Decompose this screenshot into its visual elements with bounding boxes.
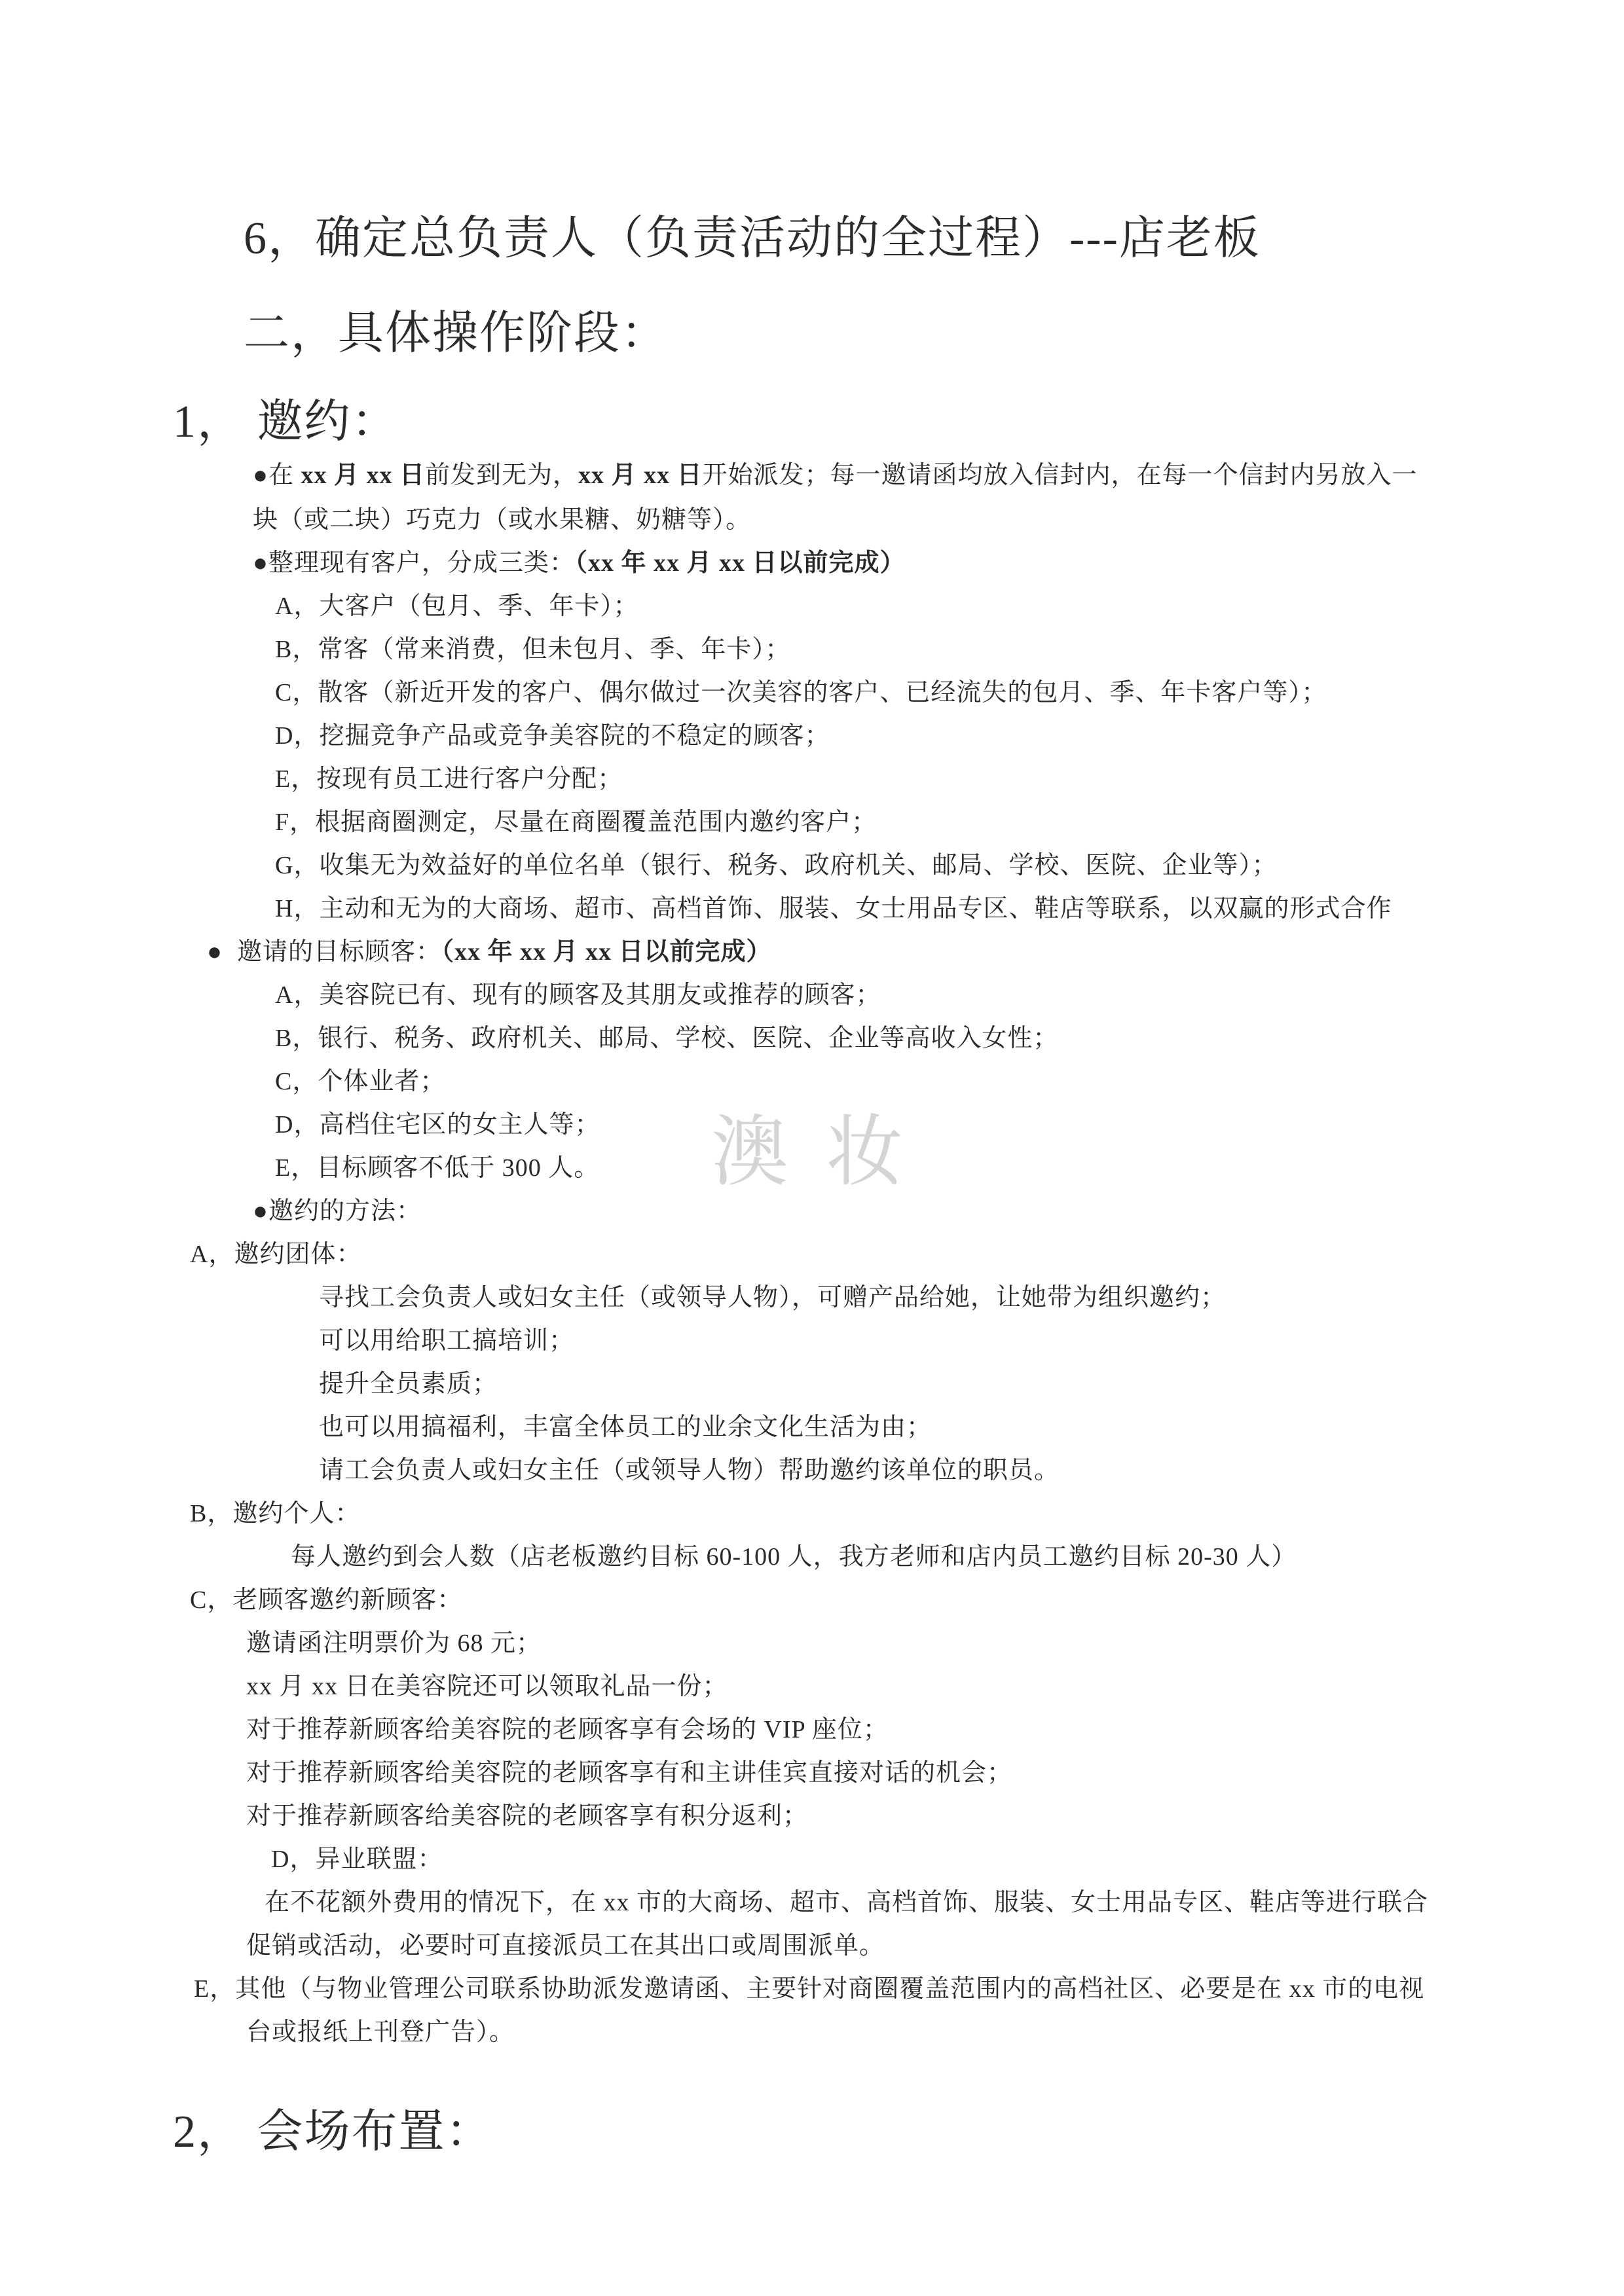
scanned-document-page: 澳 妆 6，确定总负责人（负责活动的全过程）---店老板 二，具体操作阶段： 1… [0, 0, 1624, 2296]
list-item: B，银行、税务、政府机关、邮局、学校、医院、企业等高收入女性； [275, 1024, 1058, 1053]
list-item: D，高档住宅区的女主人等； [275, 1110, 600, 1140]
bullet-icon: ● [253, 462, 268, 489]
method-d-line: 促销或活动，必要时可直接派员工在其出口或周围派单。 [246, 1931, 885, 1961]
method-a-line: 可以用给职工搞培训； [319, 1326, 574, 1356]
method-c-line: xx 月 xx 日在美容院还可以领取礼品一份； [246, 1672, 728, 1702]
method-c-line: 对于推荐新顾客给美容院的老顾客享有积分返利； [246, 1802, 808, 1831]
bullet-line-send-invitations-wrap: 块（或二块）巧克力（或水果糖、奶糖等）。 [253, 505, 751, 535]
deadline-note: （xx 年 xx 月 xx 日以前完成） [441, 938, 772, 966]
list-item: F，根据商圈测定，尽量在商圈覆盖范围内邀约客户； [275, 808, 877, 837]
method-d-line: 在不花额外费用的情况下，在 xx 市的大商场、超市、高档首饰、服装、女士用品专区… [265, 1888, 1428, 1918]
method-b-title: B，邀约个人： [190, 1499, 360, 1529]
method-a-line: 请工会负责人或妇女主任（或领导人物）帮助邀约该单位的职员。 [319, 1456, 1060, 1485]
method-d-title: D，异业联盟： [271, 1845, 443, 1874]
bullet-line-send-invitations: ●在 xx 月 xx 日前发到无为，xx 月 xx 日开始派发；每一邀请函均放入… [253, 461, 1418, 490]
method-a-line: 也可以用搞福利，丰富全体员工的业余文化生活为由； [319, 1413, 932, 1442]
list-item: H，主动和无为的大商场、超市、高档首饰、服装、女士用品专区、鞋店等联系，以双赢的… [275, 894, 1392, 924]
deadline-note: （xx 年 xx 月 xx 日以前完成） [575, 549, 906, 577]
heading-responsible: 6，确定总负责人（负责活动的全过程）---店老板 [244, 213, 1261, 264]
method-c-line: 对于推荐新顾客给美容院的老顾客享有会场的 VIP 座位； [246, 1715, 889, 1745]
date-placeholder: xx 月 xx 日 [301, 462, 425, 489]
list-item: C，个体业者； [275, 1067, 445, 1097]
list-item: C，散客（新近开发的客户、偶尔做过一次美容的客户、已经流失的包月、季、年卡客户等… [275, 678, 1327, 708]
method-e-line: 台或报纸上刊登广告）。 [246, 2018, 515, 2047]
bullet-line-invite-methods: ●邀约的方法： [253, 1197, 422, 1226]
list-item: D，挖掘竞争产品或竞争美容院的不稳定的顾客； [275, 721, 830, 751]
bullet-line-target-customers: ●邀请的目标顾客：（xx 年 xx 月 xx 日以前完成） [207, 938, 771, 967]
list-item: E，目标顾客不低于 300 人。 [275, 1154, 599, 1183]
list-item: E，按现有员工进行客户分配； [275, 765, 623, 794]
method-c-line: 对于推荐新顾客给美容院的老顾客享有和主讲佳宾直接对话的机会； [246, 1758, 1012, 1788]
method-c-title: C，老顾客邀约新顾客： [190, 1586, 462, 1615]
bullet-icon: ● [253, 549, 268, 577]
list-item: A，美容院已有、现有的顾客及其朋友或推荐的顾客； [275, 981, 881, 1010]
date-placeholder: xx 月 xx 日 [578, 462, 703, 489]
method-a-line: 寻找工会负责人或妇女主任（或领导人物），可赠产品给她，让她带为组织邀约； [319, 1283, 1226, 1313]
heading-invite: 1， 邀约： [173, 397, 399, 447]
list-item: B，常客（常来消费，但未包月、季、年卡）； [275, 635, 790, 665]
method-c-line: 邀请函注明票价为 68 元； [246, 1629, 542, 1658]
list-item: A，大客户（包月、季、年卡）； [275, 592, 638, 621]
heading-venue: 2， 会场布置： [173, 2107, 493, 2157]
method-a-title: A，邀约团体： [190, 1240, 361, 1269]
heading-stage: 二，具体操作阶段： [244, 308, 668, 359]
bullet-line-sort-customers: ●整理现有客户，分成三类：（xx 年 xx 月 xx 日以前完成） [253, 549, 905, 578]
method-a-line: 提升全员素质； [319, 1370, 498, 1399]
bullet-icon: ● [207, 938, 223, 966]
watermark: 澳 妆 [711, 1113, 910, 1190]
list-item: G，收集无为效益好的单位名单（银行、税务、政府机关、邮局、学校、医院、企业等）； [275, 851, 1277, 881]
method-b-line: 每人邀约到会人数（店老板邀约目标 60-100 人，我方老师和店内员工邀约目标 … [291, 1542, 1297, 1572]
bullet-icon: ● [253, 1197, 268, 1225]
method-e-line: E，其他（与物业管理公司联系协助派发邀请函、主要针对商圈覆盖范围内的高档社区、必… [194, 1975, 1424, 2004]
